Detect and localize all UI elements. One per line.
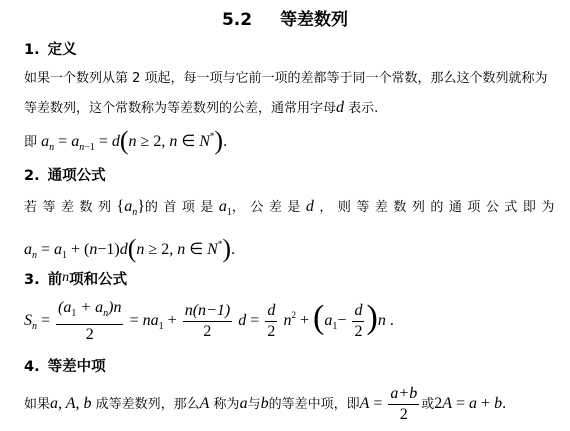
section-4-para: 如果a, A, b 成等差数列，那么A 称为a与b的等差中项，即A = a+b2…	[24, 384, 506, 425]
section-3-formula: Sn = (a1 + an)n2 = na1 + n(n−1)2 d = d2 …	[24, 298, 394, 345]
section-1-heading: 1.定义	[24, 38, 77, 59]
section-4-heading: 4.等差中项	[24, 355, 106, 376]
section-3-heading: 3.前n项和公式	[24, 268, 127, 289]
title-number: 5.2	[222, 10, 252, 30]
section-2-heading: 2.通项公式	[24, 164, 106, 185]
page-title: 5.2等差数列	[0, 5, 570, 30]
section-2-formula: an = a1 + (n−1)d(n ≥ 2, n ∈ N*).	[24, 234, 235, 264]
title-text: 等差数列	[280, 10, 348, 30]
section-1-formula: 即 an = an−1 = d(n ≥ 2, n ∈ N*).	[24, 126, 227, 156]
section-1-para-line2: 等差数列，这个常数称为等差数列的公差，通常用字母d 表示.	[24, 97, 378, 117]
section-1-para-line1: 如果一个数列从第 2 项起，每一项与它前一项的差都等于同一个常数，那么这个数列就…	[24, 67, 548, 86]
section-2-para: 若等差数列{an}的首项是a1，公差是d，则等差数列的通项公式即为	[24, 196, 560, 218]
